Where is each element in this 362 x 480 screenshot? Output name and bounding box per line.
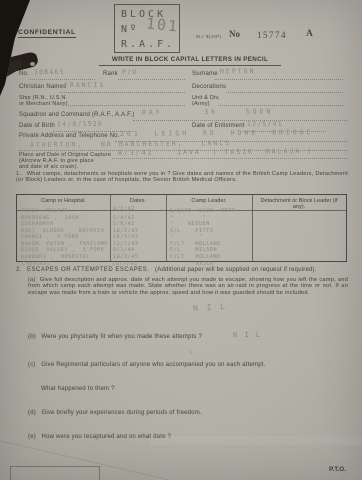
question2b-text: Were you physically fit when you made th… xyxy=(42,334,202,340)
rank-label: Rank xyxy=(103,71,118,78)
camp-cell: TASIK MALAJA xyxy=(21,208,68,214)
question1: 1. What camps, detachments or hospitals … xyxy=(16,171,348,184)
enlistment-value: 12/5/41 xyxy=(247,120,283,128)
table-divider xyxy=(166,195,167,261)
surname-value: HEPTON . xyxy=(220,67,279,76)
question2d: (d) Give briefly your experiences during… xyxy=(28,410,202,417)
surname-rule xyxy=(215,78,343,80)
pto-label: P.T.O. xyxy=(329,466,346,473)
table-header-dates: Dates. xyxy=(110,198,166,204)
camp-cell: SOERABAYA xyxy=(21,221,54,227)
table-header-camp: Camp or Hospital. xyxy=(17,198,110,204)
leader-cell: G/CAPT CAVE NOTT xyxy=(170,208,235,214)
question2d-text: Give briefly your experiences during per… xyxy=(42,410,202,416)
decorations-rule xyxy=(226,91,343,93)
dates-cell: 8/3/42 xyxy=(113,206,135,212)
dates-cell: 5/4/42 xyxy=(113,214,135,220)
question2a-answer: N I L xyxy=(193,302,228,313)
bottom-stamp-box xyxy=(10,466,100,480)
form-ref-series: A xyxy=(306,29,313,39)
confidential-label: CONFIDENTIAL xyxy=(18,29,76,38)
paper-sheet: CONFIDENTIAL BLOCK Nº R.A.F. 101 M.I. 9(… xyxy=(0,0,362,480)
table-header-leader: Camp Leader. xyxy=(166,198,252,204)
christian-names-label: Christian Names xyxy=(19,84,66,91)
dates-cell: 5/6/42 xyxy=(113,221,135,227)
scan-streak xyxy=(150,436,362,445)
decorations-label: Decorations xyxy=(192,84,226,91)
christian-names-rule xyxy=(60,91,185,93)
question1-text: What camps, detachments or hospitals wer… xyxy=(16,171,348,183)
question2b: (b) Were you physically fit when you mad… xyxy=(28,334,202,341)
ship-label-line2: or Merchant Navy) xyxy=(19,101,68,108)
date-of-birth-label: Date of Birth xyxy=(19,123,55,130)
dates-cell: 10/3/45 xyxy=(113,253,138,259)
instruction-banner: WRITE IN BLOCK CAPITAL LETTERS IN PENCIL xyxy=(99,56,281,66)
eyelet-highlight xyxy=(30,62,35,66)
form-ref-no-label: No xyxy=(229,29,240,39)
question1-number: 1. xyxy=(16,171,21,177)
christian-names-value: FRANCIS xyxy=(64,81,105,89)
dates-cell: 10/2/43 xyxy=(113,227,138,233)
question2c-text: Give Regimental particulars of anyone wh… xyxy=(41,362,265,368)
camp-cell: RIVER VALLEY , S'PORE xyxy=(21,247,104,254)
rank-rule xyxy=(118,78,185,80)
form-ref-prefix: M.I. 9(JAP) xyxy=(196,34,221,41)
question2a-number: (a) xyxy=(28,277,36,283)
camp-cell: BOEI GLODOK , BATAVIA xyxy=(21,227,104,234)
table-divider xyxy=(252,195,253,261)
leader-cell: " " xyxy=(170,214,206,220)
question2a-text: Give full description and approx. date o… xyxy=(28,277,348,296)
no-value: 108465 xyxy=(34,68,65,76)
question2d-number: (d) xyxy=(28,410,36,416)
question2c-number: (c) xyxy=(28,362,36,368)
address-label: Private Address and Telephone No. xyxy=(19,133,120,140)
dates-cell: 16/3/43 xyxy=(113,234,138,240)
question2-heading-row: 2. ESCAPES OR ATTEMPTED ESCAPES. (Additi… xyxy=(16,267,348,274)
date-of-birth-value: 14/8/1920 xyxy=(57,120,103,128)
squadron-rule xyxy=(133,119,347,121)
dates-cell: 8/1/44 xyxy=(113,247,135,253)
capture-rule xyxy=(112,157,347,159)
pencil-mark: x xyxy=(189,349,194,356)
surname-label: Surname xyxy=(192,71,218,78)
leader-cell: " " xyxy=(170,234,203,240)
question2b-answer: N I L xyxy=(233,331,262,339)
address-value-line1: 261 LEIGH RD HOWE BRIDGE xyxy=(120,128,314,138)
leader-cell: F/LT HOLLAND xyxy=(170,253,221,259)
question2-heading: ESCAPES OR ATTEMPTED ESCAPES. xyxy=(27,267,149,273)
form-ref-number: 15774 xyxy=(257,30,287,40)
camps-table: Camp or Hospital. Dates. Camp Leader. De… xyxy=(16,194,347,262)
question2b-number: (b) xyxy=(28,334,36,340)
ship-rule xyxy=(68,104,185,106)
leader-cell: F/L MILSON xyxy=(170,247,217,253)
block-number-handwritten: 101 xyxy=(145,14,180,35)
unit-rule xyxy=(218,104,343,106)
dates-cell: 12/7/43 xyxy=(113,240,138,246)
question2c-followup: What happened to them ? xyxy=(41,386,115,393)
leader-cell: F/LT HOLLAND xyxy=(170,240,221,246)
camp-cell: CHANGI , S'PORE xyxy=(21,234,79,240)
camp-cell: KANBURI , HOSPITAL xyxy=(21,253,90,259)
question2e-number: (e) xyxy=(28,434,36,440)
capture-value: 8/3/42 JAVA ( TASIK MALAJA ) xyxy=(118,147,313,157)
capture-label-line3: and date of a/c crash). xyxy=(19,164,78,171)
stamp-line-raf: R.A.F. xyxy=(121,37,179,52)
question2c: (c) Give Regimental particulars of anyon… xyxy=(28,362,265,369)
scanned-document: CONFIDENTIAL BLOCK Nº R.A.F. 101 M.I. 9(… xyxy=(0,0,362,480)
no-label: No. xyxy=(19,71,29,78)
question2-number: 2. xyxy=(16,267,21,273)
squadron-value: RAF 36 SQDN xyxy=(142,107,273,116)
table-divider xyxy=(110,195,111,261)
camp-cell: BANDOENG , JAVA xyxy=(21,214,79,220)
unit-label-line2: (Army) xyxy=(192,101,210,108)
table-header-block-leader: Detachment or Block Leader (if any). xyxy=(254,198,344,210)
no-rule xyxy=(30,78,95,80)
question2-note: (Additional paper will be supplied on re… xyxy=(155,267,317,273)
leader-cell: S/L PITTS xyxy=(170,227,214,233)
rank-value: P/O xyxy=(122,68,137,76)
question2a: (a) Give full description and approx. da… xyxy=(28,277,348,296)
leader-cell: " WEEDEN xyxy=(170,221,210,227)
squadron-label: Squadron and Command (R.A.F., A.A.F.) xyxy=(19,112,134,119)
